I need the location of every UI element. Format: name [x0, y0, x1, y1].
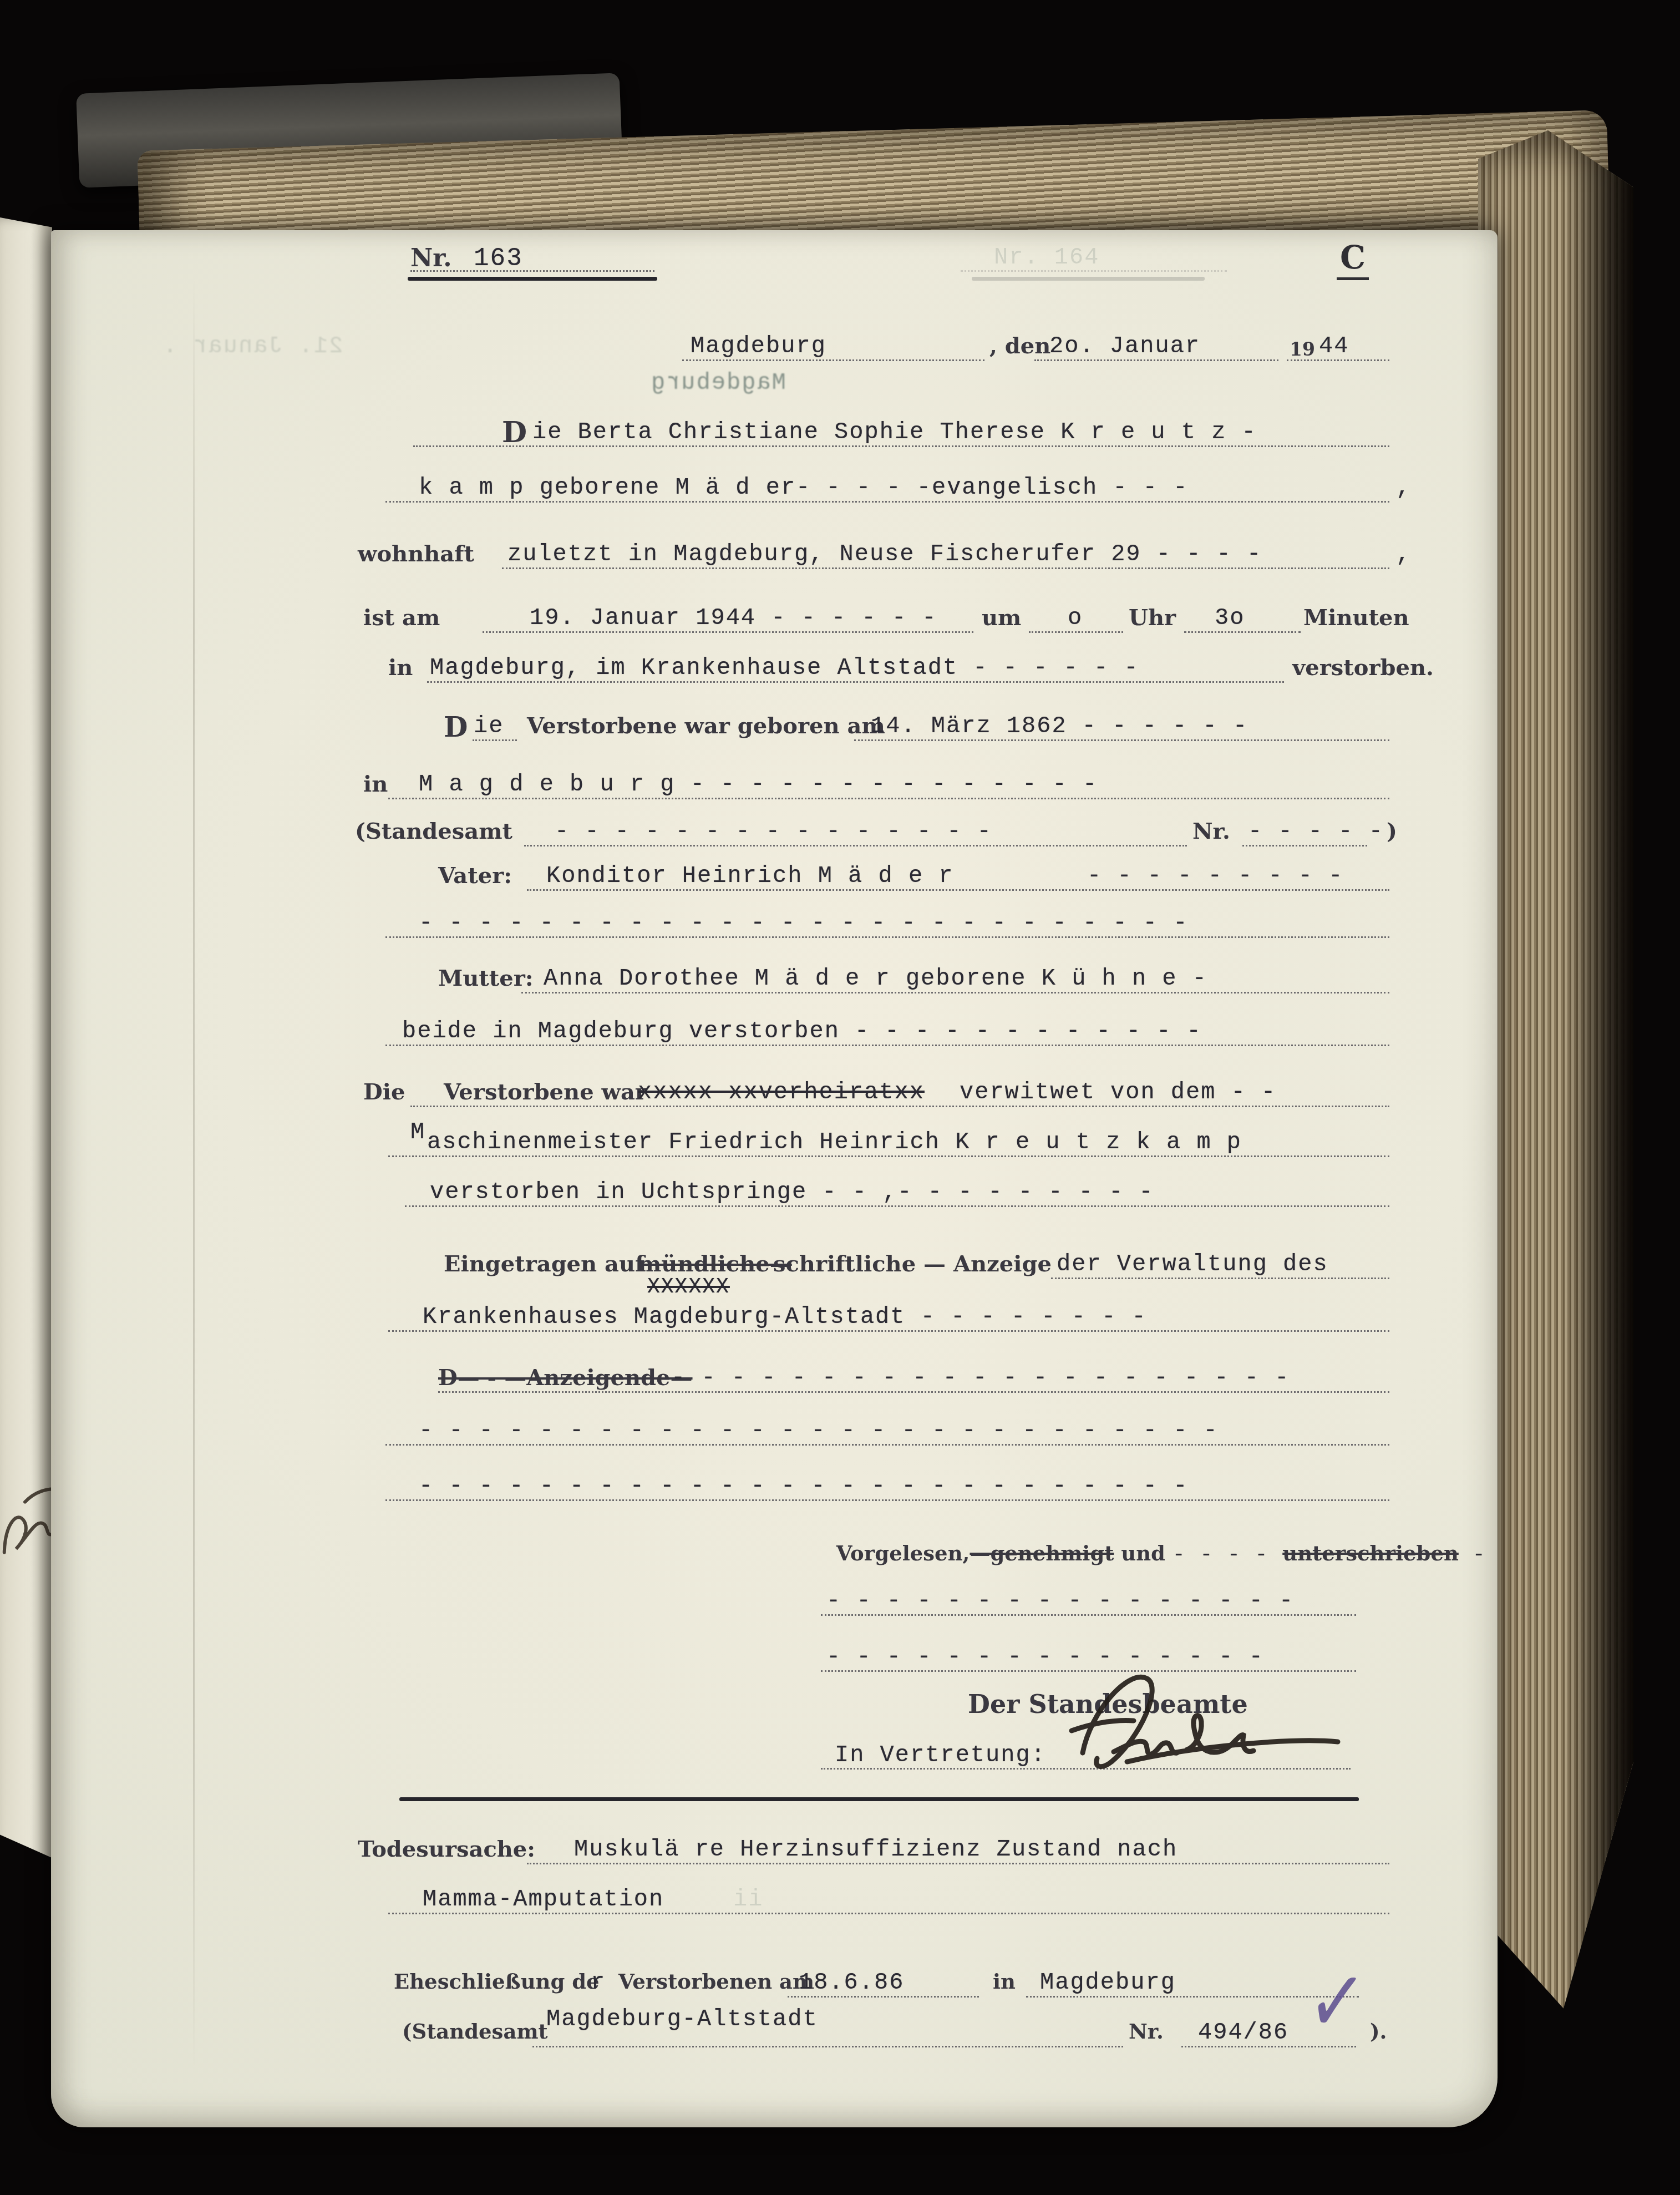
husband-died-place: verstorben in Uchtspringe - - ,- - - - -…: [430, 1179, 1154, 1205]
marriage-date: 18.6.86: [799, 1969, 904, 1996]
standesamt-open: (Standesamt: [355, 818, 512, 844]
die-label-3: Die: [363, 1079, 405, 1105]
tail-dash: -: [1459, 1543, 1486, 1567]
reporting-party-2: Krankenhauses Magdeburg-Altstadt - - - -…: [423, 1304, 1147, 1330]
struck-marital-text: xxxxx xxverheiratxx: [638, 1079, 925, 1106]
year-prefix: 19: [1290, 338, 1315, 360]
death-register-page: Nr. 163 Nr. 164 C 21. Januar . Magdeburg…: [51, 230, 1498, 2127]
um-label: um: [982, 605, 1021, 631]
filler-dashes-1: - - - - - - - - - - - - - - - - - - - - …: [419, 1417, 1219, 1444]
widowed-text: verwitwet von dem - -: [960, 1079, 1276, 1106]
marriage-in-label: in: [993, 1969, 1016, 1994]
ghost-ii: ii: [733, 1886, 763, 1913]
xxx-overtype: XXXXXX: [647, 1275, 730, 1299]
death-date: 19. Januar 1944 - - - - - -: [530, 605, 937, 631]
deputy-label: In Vertretung:: [835, 1742, 1046, 1768]
husband-name: aschinenmeister Friedrich Heinrich K r e…: [427, 1129, 1242, 1155]
page-stack-right-edge: [1478, 130, 1633, 2027]
mid-dashes: - - - -: [1173, 1543, 1282, 1567]
die-initial: D: [502, 415, 527, 449]
uhr-label: Uhr: [1129, 605, 1176, 631]
unterschrieben-label: unterschrieben: [1282, 1541, 1459, 1565]
anzeigende-dashes: - - - - - - - - - - - - - - - - - - - - …: [671, 1365, 1290, 1391]
father-dashes: - - - - - - - - -: [1087, 863, 1343, 889]
residence-label: wohnhaft: [358, 541, 474, 567]
line2-comma: ,: [1396, 474, 1411, 501]
in-label-2: in: [363, 771, 388, 797]
mother-continuation: beide in Magdeburg verstorben - - - - - …: [402, 1018, 1202, 1045]
marriage-label: Eheschließung de: [394, 1969, 600, 1994]
birth-place: M a g d e b u r g - - - - - - - - - - - …: [419, 771, 1098, 798]
standesamt-dashes: - - - - - - - - - - - - - - -: [555, 818, 992, 845]
marriage-nr-label: Nr.: [1129, 2019, 1164, 2044]
ghost-typed-place: Magdeburg: [650, 369, 786, 396]
of-deceased-on-label: Verstorbenen am: [618, 1969, 814, 1994]
registered-on-label: Eingetragen auf: [444, 1251, 652, 1277]
nr-label: Nr.: [1192, 818, 1230, 844]
born-on-label: Verstorbene war geboren am: [527, 713, 885, 739]
father-name: Konditor Heinrich M ä d e r: [546, 863, 954, 889]
marriage-office-open: (Standesamt: [402, 2019, 548, 2044]
residence-comma: ,: [1396, 541, 1411, 567]
previous-page-edge: [0, 217, 52, 1868]
marriage-record-number: 494/86: [1198, 2019, 1288, 2046]
in-label: in: [388, 655, 413, 681]
nr-dashes: - - - - -: [1248, 818, 1384, 845]
schriftliche-anzeige-label: schriftliche — Anzeige: [765, 1251, 1052, 1277]
standesamt-close: ): [1387, 818, 1397, 844]
ghost-record-number: Nr. 164: [994, 244, 1099, 271]
marriage-r: r: [591, 1969, 606, 1996]
verstorben-label: verstorben.: [1292, 655, 1434, 681]
issue-year: 44: [1319, 333, 1349, 359]
record-number-value: 163: [474, 244, 523, 273]
den-label: , den: [989, 333, 1050, 359]
right-filler-dashes-2: - - - - - - - - - - - - - - -: [826, 1644, 1264, 1670]
died-on-label: ist am: [363, 605, 440, 631]
reporting-party-1: der Verwaltung des: [1057, 1251, 1328, 1278]
filler-dashes-2: - - - - - - - - - - - - - - - - - - - - …: [419, 1473, 1188, 1499]
death-minutes: 3o: [1215, 605, 1245, 631]
father-label: Vater:: [438, 863, 512, 889]
father-continuation: - - - - - - - - - - - - - - - - - - - - …: [419, 910, 1188, 936]
marriage-office: Magdeburg-Altstadt: [546, 2006, 818, 2032]
verstorbene-war-label: Verstorbene war: [444, 1079, 647, 1105]
cause-of-death-2: Mamma-Amputation: [423, 1886, 664, 1913]
birth-date: 14. März 1862 - - - - - -: [871, 713, 1248, 739]
issue-date: 2o. Januar: [1049, 333, 1200, 359]
death-hour: o: [1068, 605, 1083, 631]
cause-of-death-label: Todesursache:: [358, 1836, 535, 1862]
struck-anzeigende: D— - —Anzeigende—: [438, 1365, 693, 1391]
mother-label: Mutter:: [438, 965, 534, 991]
deceased-name-line1: ie Berta Christiane Sophie Therese K r e…: [532, 419, 1257, 445]
minuten-label: Minuten: [1303, 605, 1409, 631]
mother-name: Anna Dorothee M ä d e r geborene K ü h n…: [544, 965, 1207, 992]
record-number-label: Nr.: [410, 244, 452, 272]
section-letter: C: [1337, 239, 1369, 280]
deceased-name-line2: k a m p geborene M ä d er- - - - -evange…: [419, 474, 1188, 501]
marriage-place: Magdeburg: [1040, 1969, 1176, 1996]
registrar-title: Der Standesbeamte: [968, 1689, 1248, 1719]
ie-typed: ie: [474, 713, 504, 739]
issue-place: Magdeburg: [691, 333, 826, 359]
death-place: Magdeburg, im Krankenhause Altstadt - - …: [430, 655, 1139, 681]
vorgelesen-label: Vorgelesen,: [836, 1541, 970, 1565]
cause-of-death-1: Muskulä re Herzinsuffizienz Zustand nach: [574, 1836, 1177, 1863]
superscript-m: M: [410, 1119, 425, 1145]
right-filler-dashes-1: - - - - - - - - - - - - - - - -: [826, 1588, 1294, 1614]
und-label: und: [1114, 1541, 1172, 1565]
struck-genehmigt: —genehmigt: [970, 1541, 1114, 1565]
marriage-office-close: ).: [1370, 2019, 1387, 2044]
residence-value: zuletzt in Magdeburg, Neuse Fischerufer …: [507, 541, 1262, 567]
die-initial-2: D: [444, 711, 468, 743]
